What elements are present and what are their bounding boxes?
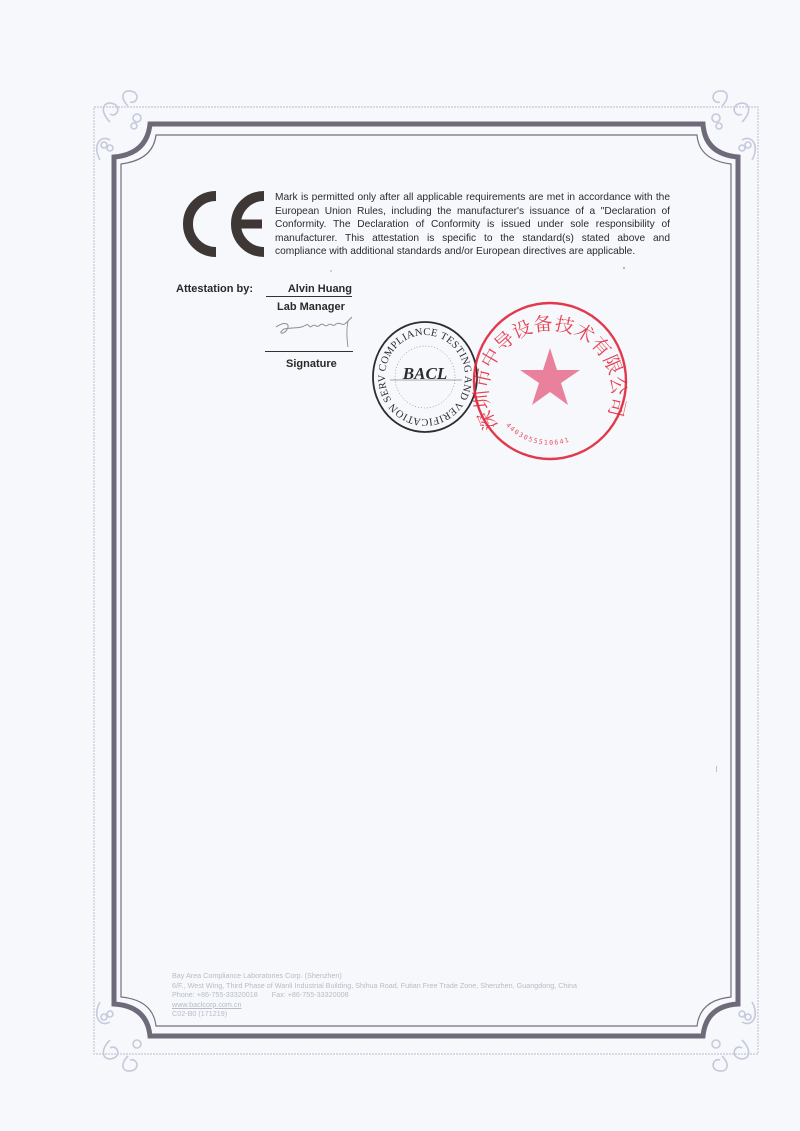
attestation-label: Attestation by: <box>176 283 253 295</box>
footer-form-code: C02-B0 (171219) <box>172 1009 577 1019</box>
lab-footer: Bay Area Compliance Laboratories Corp. (… <box>172 971 577 1019</box>
signature-label: Signature <box>286 358 337 370</box>
bacl-stamp: COMPLIANCE TESTING AND VERIFICATION SERV… <box>370 318 480 436</box>
corner-ornament-bottom-left <box>97 1002 141 1071</box>
svg-text:4403055510641: 4403055510641 <box>504 421 571 447</box>
handwritten-signature <box>270 313 360 349</box>
footer-contact: Phone: +86-755-33320018Fax: +86-755-3332… <box>172 990 577 1000</box>
company-seal: 深圳市中导设备技术有限公司 4403055510641 <box>470 300 630 462</box>
footer-company: Bay Area Compliance Laboratories Corp. (… <box>172 971 577 981</box>
attestation-name: Alvin Huang <box>266 283 352 297</box>
ce-mark-logo <box>172 190 268 258</box>
footer-website-link[interactable]: www.baclcorp.com.cn <box>172 1000 577 1010</box>
bacl-logo-text: BACL <box>402 364 447 383</box>
seal-star-icon <box>520 348 580 405</box>
signature-line <box>265 351 353 352</box>
footer-fax: Fax: +86-755-33320008 <box>272 990 349 999</box>
footer-address: 6/F., West Wing, Third Phase of Wanli In… <box>172 981 577 991</box>
attestation-title: Lab Manager <box>277 301 345 313</box>
corner-ornament-bottom-right <box>712 1002 755 1071</box>
seal-number-text: 4403055510641 <box>504 421 571 447</box>
footer-phone: Phone: +86-755-33320018 <box>172 990 258 999</box>
decorative-border <box>0 0 800 1131</box>
ce-statement-text: Mark is permitted only after all applica… <box>275 191 670 259</box>
certificate-page: Mark is permitted only after all applica… <box>0 0 800 1131</box>
